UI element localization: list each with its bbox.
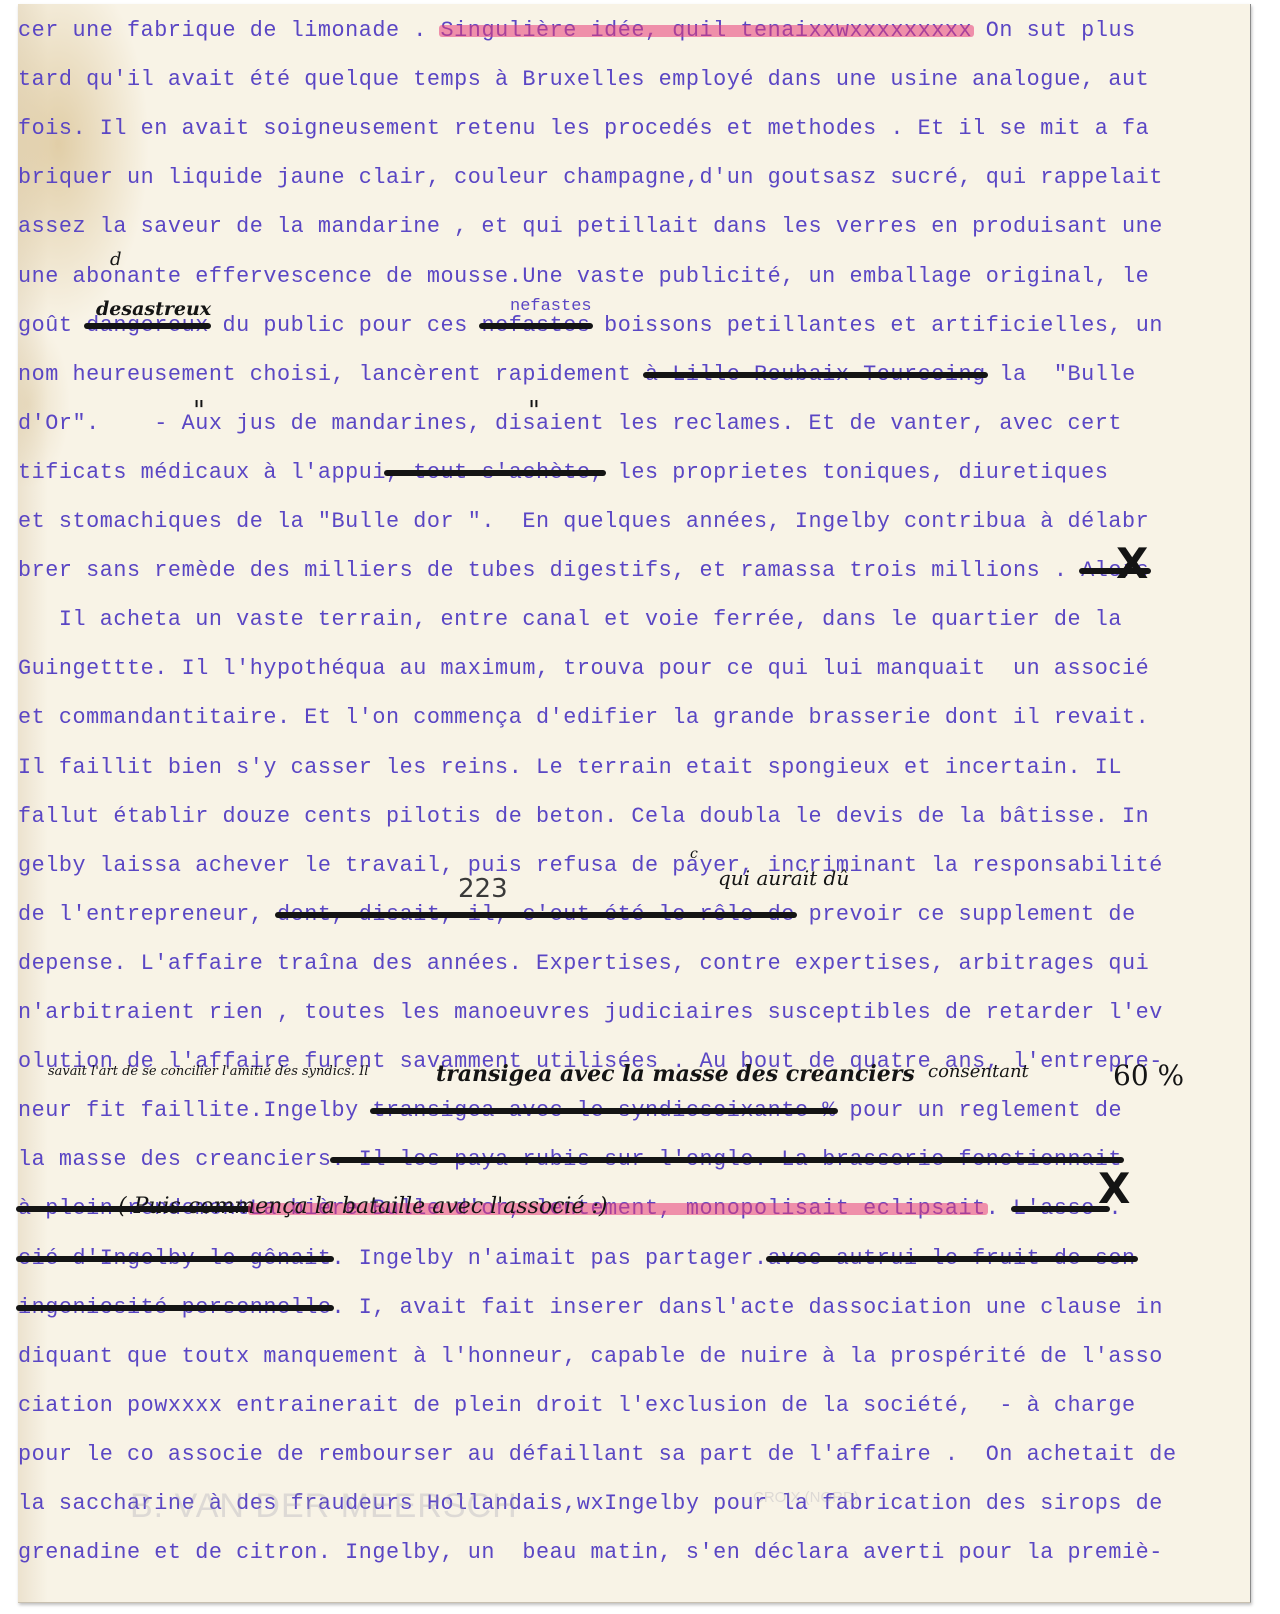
typescript-line: brer sans remède des milliers de tubes d… — [18, 558, 1149, 583]
owner-stamp-place: CROIX (NORD) — [753, 1489, 859, 1506]
typescript-line: neur fit faillite.Ingelby transigea avec… — [18, 1098, 1136, 1123]
annotation-d-insert: d — [110, 249, 122, 270]
typescript-line: tard qu'il avait été quelque temps à Bru… — [18, 67, 1149, 92]
typescript-line: Il acheta un vaste terrain, entre canal … — [18, 607, 1122, 632]
annotation-savait: savait l'art de se concilier l'amitié de… — [48, 1064, 368, 1079]
typed-text: d'Or". - Aux jus de mandarines, disaient… — [18, 411, 1122, 436]
typescript-line: cié d'Ingelby le gênait. Ingelby n'aimai… — [18, 1246, 1136, 1271]
typed-text: neur fit faillite.Ingelby — [18, 1098, 372, 1123]
typescript-line: la masse des creanciers. Il les paya rub… — [18, 1147, 1122, 1172]
annotation-60-percent: 60 % — [1113, 1059, 1184, 1092]
deletion-x-mark-1: X — [1116, 539, 1148, 588]
typed-text: diquant que toutx manquement à l'honneur… — [18, 1344, 1163, 1369]
deletion-x-mark-2: X — [1098, 1164, 1130, 1213]
typed-text: Il faillit bien s'y casser les reins. Le… — [18, 755, 1122, 780]
typed-text: Guingettte. Il l'hypothéqua au maximum, … — [18, 656, 1149, 681]
struck-text: dont, disait, il, c'eut été le rôle de — [277, 902, 795, 927]
typescript-line: nom heureusement choisi, lancèrent rapid… — [18, 362, 1136, 387]
annotation-puis-commenca: ( Puis commença la bataille avec l'assoc… — [118, 1194, 607, 1219]
typed-text: goût — [18, 313, 86, 338]
typed-text: depense. L'affaire traîna des années. Ex… — [18, 951, 1149, 976]
page-number-223: 223 — [458, 874, 508, 904]
annotation-desastreux: desastreux — [96, 298, 211, 320]
struck-text: L'asso- — [1013, 1196, 1108, 1221]
typed-text: n'arbitraient rien , toutes les manoeuvr… — [18, 1000, 1163, 1025]
typescript-line: une abonante effervescence de mousse.Une… — [18, 264, 1149, 289]
struck-text: nefastes — [481, 313, 590, 338]
typescript-line: ingeniosité personnelle. I, avait fait i… — [18, 1295, 1163, 1320]
typescript-line: pour le co associe de rembourser au défa… — [18, 1442, 1177, 1467]
typescript-line: fallut établir douze cents pilotis de be… — [18, 804, 1149, 829]
typed-text: prevoir ce supplement de — [795, 902, 1136, 927]
typescript-line: briquer un liquide jaune clair, couleur … — [18, 165, 1163, 190]
annotation-quote-close: " — [528, 396, 540, 426]
typed-text: briquer un liquide jaune clair, couleur … — [18, 165, 1163, 190]
typed-text: boissons petillantes et artificielles, u… — [591, 313, 1163, 338]
typescript-line: et commandantitaire. Et l'on commença d'… — [18, 705, 1149, 730]
typescript-line: n'arbitraient rien , toutes les manoeuvr… — [18, 1000, 1163, 1025]
typescript-line: ciation powxxxx entrainerait de plein dr… — [18, 1393, 1136, 1418]
manuscript-page: cer une fabrique de limonade . Singulièr… — [18, 4, 1251, 1603]
annotation-transigea: transigea avec la masse des creanciers — [436, 1061, 915, 1087]
typescript-line: tificats médicaux à l'appui, tout s'achè… — [18, 460, 1108, 485]
annotation-qui-aurait-du: qui aurait dû — [718, 866, 849, 890]
typed-text: . Ingelby n'aimait pas partager. — [332, 1246, 768, 1271]
typescript-line: diquant que toutx manquement à l'honneur… — [18, 1344, 1163, 1369]
typed-text: pour le co associe de rembourser au défa… — [18, 1442, 1177, 1467]
struck-text: avec autrui le fruit de son — [768, 1246, 1136, 1271]
struck-text: à Lille Roubaix Tourcoing — [645, 362, 986, 387]
typed-text: grenadine et de citron. Ingelby, un beau… — [18, 1540, 1163, 1565]
typed-text: tificats médicaux à l'appui — [18, 460, 386, 485]
typed-text: ciation powxxxx entrainerait de plein dr… — [18, 1393, 1136, 1418]
typed-text: cer une fabrique de limonade . — [18, 18, 441, 43]
typed-text: du public pour ces — [209, 313, 482, 338]
typed-text: les proprietes toniques, diuretiques — [604, 460, 1108, 485]
typed-text: fois. Il en avait soigneusement retenu l… — [18, 116, 1149, 141]
typed-text: . — [986, 1196, 1013, 1221]
typescript-line: grenadine et de citron. Ingelby, un beau… — [18, 1540, 1163, 1565]
typescript-line: assez la saveur de la mandarine , et qui… — [18, 214, 1163, 239]
owner-stamp: B. VAN DER MEERSCH — [130, 1487, 518, 1526]
typescript-line: fois. Il en avait soigneusement retenu l… — [18, 116, 1149, 141]
typescript-line: et stomachiques de la "Bulle dor ". En q… — [18, 509, 1149, 534]
typed-text: brer sans remède des milliers de tubes d… — [18, 558, 1081, 583]
typed-text: gelby laissa achever le travail, puis re… — [18, 853, 1163, 878]
typescript-line: depense. L'affaire traîna des années. Ex… — [18, 951, 1149, 976]
typed-text: de l'entrepreneur, — [18, 902, 277, 927]
typed-text: et stomachiques de la "Bulle dor ". En q… — [18, 509, 1149, 534]
annotation-nefastes: nefastes — [510, 297, 592, 316]
struck-text: transigea avec le syndic — [372, 1098, 699, 1123]
typed-text: la "Bulle — [986, 362, 1136, 387]
struck-text: Singulière idée, quil tenaixxwxxxxxxxxx — [441, 18, 973, 43]
typed-text: pour un reglement de — [836, 1098, 1136, 1123]
typescript-line: d'Or". - Aux jus de mandarines, disaient… — [18, 411, 1122, 436]
annotation-quote-open: " — [193, 396, 205, 426]
typed-text: fallut établir douze cents pilotis de be… — [18, 804, 1149, 829]
typescript-line: de l'entrepreneur, dont, disait, il, c'e… — [18, 902, 1136, 927]
typed-text: nom heureusement choisi, lancèrent rapid… — [18, 362, 645, 387]
typescript-line: gelby laissa achever le travail, puis re… — [18, 853, 1163, 878]
typed-text: une abonante effervescence de mousse.Une… — [18, 264, 1149, 289]
struck-text: , tout s'achète, — [386, 460, 604, 485]
typed-text: assez la saveur de la mandarine , et qui… — [18, 214, 1163, 239]
struck-text: ingeniosité personnelle — [18, 1295, 332, 1320]
typed-text: On sut plus — [972, 18, 1136, 43]
typescript-line: cer une fabrique de limonade . Singulièr… — [18, 18, 1136, 43]
typed-text: Il acheta un vaste terrain, entre canal … — [18, 607, 1122, 632]
struck-text: . Il les paya rubis sur l'ongle. La bras… — [332, 1147, 1123, 1172]
typed-text: et commandantitaire. Et l'on commença d'… — [18, 705, 1149, 730]
typescript-line: Il faillit bien s'y casser les reins. Le… — [18, 755, 1122, 780]
struck-text: cié d'Ingelby le gênait — [18, 1246, 332, 1271]
typed-text: tard qu'il avait été quelque temps à Bru… — [18, 67, 1149, 92]
typed-text: la masse des creanciers — [18, 1147, 332, 1172]
annotation-consentant: consentant — [928, 1061, 1029, 1082]
annotation-c-insert: c — [690, 846, 698, 862]
typescript-line: Guingettte. Il l'hypothéqua au maximum, … — [18, 656, 1149, 681]
typed-text: . I, avait fait inserer dansl'acte dasso… — [332, 1295, 1163, 1320]
struck-text: soixante % — [700, 1098, 836, 1123]
